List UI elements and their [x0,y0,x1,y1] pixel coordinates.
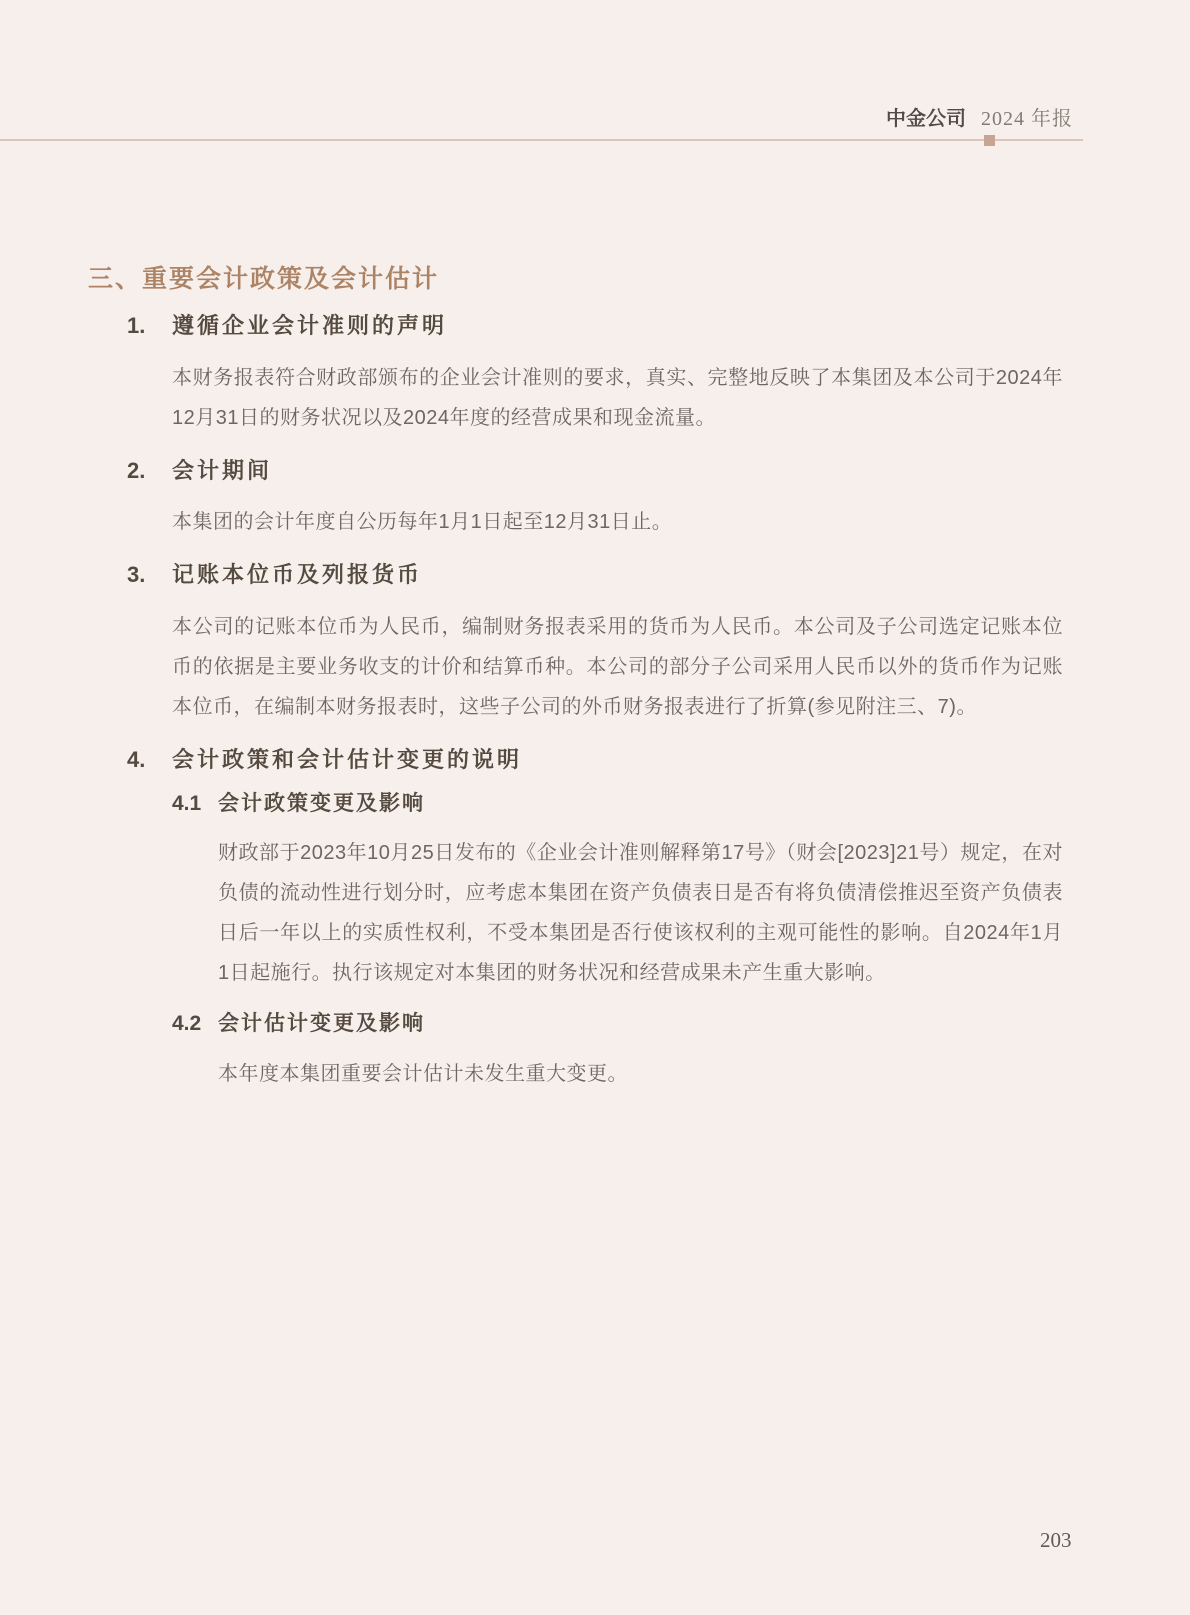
section-2: 2. 会计期间 本集团的会计年度自公历每年1月1日起至12月31日止。 [88,457,1063,543]
subsection-4-1-heading-text: 会计政策变更及影响 [218,791,425,817]
section-2-heading: 2. 会计期间 [88,457,1063,485]
section-1-heading: 1. 遵循企业会计准则的声明 [88,312,1063,340]
section-4-number: 4. [127,746,172,774]
subsection-4-1-paragraph: 财政部于2023年10月25日发布的《企业会计准则解释第17号》（财会[2023… [172,833,1063,993]
subsection-4-2: 4.2 会计估计变更及影响 本年度本集团重要会计估计未发生重大变更。 [172,1011,1063,1093]
section-1-number: 1. [127,312,172,340]
section-3: 3. 记账本位币及列报货币 本公司的记账本位币为人民币，编制财务报表采用的货币为… [88,561,1063,727]
page-number: 203 [1040,1528,1072,1553]
section-1-paragraph: 本财务报表符合财政部颁布的企业会计准则的要求，真实、完整地反映了本集团及本公司于… [88,358,1063,438]
section-1: 1. 遵循企业会计准则的声明 本财务报表符合财政部颁布的企业会计准则的要求，真实… [88,312,1063,438]
section-3-heading: 3. 记账本位币及列报货币 [88,561,1063,589]
subsection-4-2-paragraph: 本年度本集团重要会计估计未发生重大变更。 [172,1054,1063,1094]
section-2-number: 2. [127,457,172,485]
annual-report-page: 中金公司2024 年报 三、重要会计政策及会计估计 1. 遵循企业会计准则的声明… [0,0,1190,1615]
subsection-4-1: 4.1 会计政策变更及影响 财政部于2023年10月25日发布的《企业会计准则解… [172,791,1063,993]
header-square-marker [984,135,995,146]
section-4-heading-text: 会计政策和会计估计变更的说明 [172,746,522,774]
subsection-4-1-number: 4.1 [172,791,218,817]
chapter-title: 三、重要会计政策及会计估计 [88,264,1063,294]
section-4-heading: 4. 会计政策和会计估计变更的说明 [88,746,1063,774]
subsection-4-2-heading-text: 会计估计变更及影响 [218,1011,425,1037]
section-3-paragraph: 本公司的记账本位币为人民币，编制财务报表采用的货币为人民币。本公司及子公司选定记… [88,607,1063,727]
section-3-number: 3. [127,561,172,589]
subsection-4-2-heading: 4.2 会计估计变更及影响 [172,1011,1063,1037]
subsection-4-1-heading: 4.1 会计政策变更及影响 [172,791,1063,817]
section-4: 4. 会计政策和会计估计变更的说明 4.1 会计政策变更及影响 财政部于2023… [88,746,1063,1094]
section-1-heading-text: 遵循企业会计准则的声明 [172,312,447,340]
report-title: 2024 年报 [981,108,1073,130]
page-header: 中金公司2024 年报 [886,102,1073,131]
document-body: 三、重要会计政策及会计估计 1. 遵循企业会计准则的声明 本财务报表符合财政部颁… [88,264,1063,1112]
section-3-heading-text: 记账本位币及列报货币 [172,561,422,589]
section-2-paragraph: 本集团的会计年度自公历每年1月1日起至12月31日止。 [88,502,1063,542]
header-divider-line [0,139,1083,141]
section-4-subsections: 4.1 会计政策变更及影响 财政部于2023年10月25日发布的《企业会计准则解… [88,791,1063,1094]
company-name: 中金公司 [886,108,966,130]
subsection-4-2-number: 4.2 [172,1011,218,1037]
section-2-heading-text: 会计期间 [172,457,272,485]
